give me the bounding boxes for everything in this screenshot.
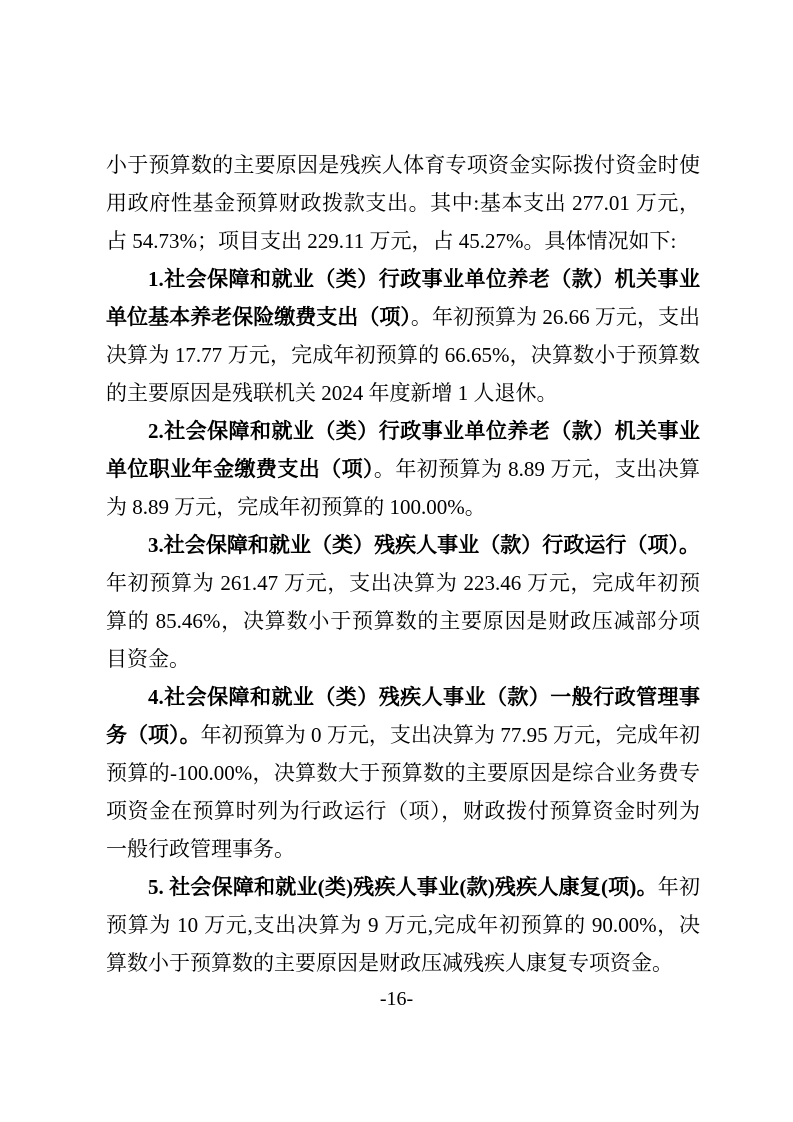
paragraph-item-2: 2.社会保障和就业（类）行政事业单位养老（款）机关事业单位职业年金缴费支出（项）…	[106, 412, 700, 526]
paragraph-intro: 小于预算数的主要原因是残疾人体育专项资金实际拨付资金时使用政府性基金预算财政拨款…	[106, 146, 700, 260]
page-number: -16-	[0, 988, 793, 1011]
document-page: 小于预算数的主要原因是残疾人体育专项资金实际拨付资金时使用政府性基金预算财政拨款…	[0, 0, 793, 1122]
paragraph-item-1: 1.社会保障和就业（类）行政事业单位养老（款）机关事业单位基本养老保险缴费支出（…	[106, 260, 700, 412]
paragraph-item-5-title: 5. 社会保障和就业(类)残疾人事业(款)残疾人康复(项)。	[148, 875, 658, 899]
paragraph-item-3-text: 年初预算为 261.47 万元，支出决算为 223.46 万元，完成年初预算的 …	[106, 571, 700, 671]
document-body: 小于预算数的主要原因是残疾人体育专项资金实际拨付资金时使用政府性基金预算财政拨款…	[106, 146, 700, 982]
paragraph-item-3-title: 3.社会保障和就业（类）残疾人事业（款）行政运行（项）。	[148, 533, 700, 557]
paragraph-item-4: 4.社会保障和就业（类）残疾人事业（款）一般行政管理事务（项）。年初预算为 0 …	[106, 678, 700, 868]
paragraph-item-5: 5. 社会保障和就业(类)残疾人事业(款)残疾人康复(项)。年初预算为 10 万…	[106, 868, 700, 982]
paragraph-intro-text: 小于预算数的主要原因是残疾人体育专项资金实际拨付资金时使用政府性基金预算财政拨款…	[106, 153, 700, 253]
paragraph-item-3: 3.社会保障和就业（类）残疾人事业（款）行政运行（项）。年初预算为 261.47…	[106, 526, 700, 678]
